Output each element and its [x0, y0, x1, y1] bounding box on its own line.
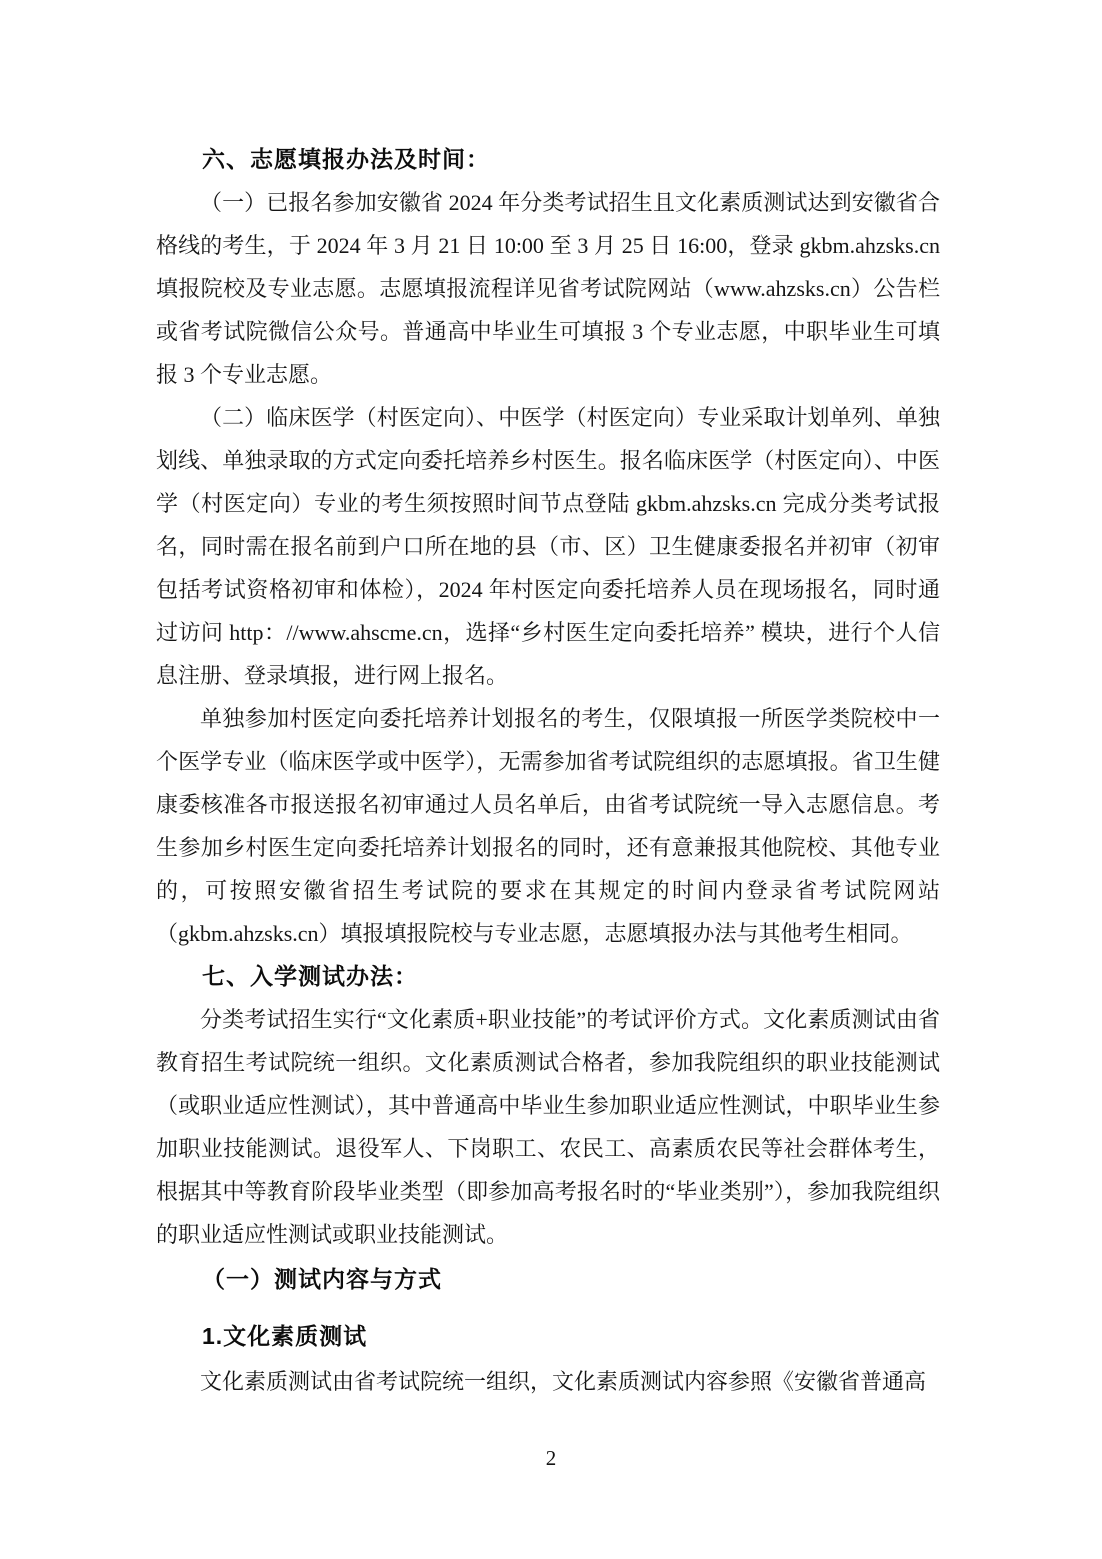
paragraph-7-overview: 分类考试招生实行“文化素质+职业技能”的考试评价方式。文化素质测试由省教育招生考…: [156, 998, 940, 1256]
page-number: 2: [546, 1446, 557, 1470]
heading-section-6-volunteer-application: 六、志愿填报办法及时间：: [156, 138, 940, 181]
subheading-cultural-quality-test: 1.文化素质测试: [156, 1315, 940, 1358]
paragraph-6-item-2-continued: 单独参加村医定向委托培养计划报名的考生，仅限填报一所医学类院校中一个医学专业（临…: [156, 697, 940, 955]
page-footer: 2: [0, 1446, 1102, 1471]
paragraph-6-item-2: （二）临床医学（村医定向）、中医学（村医定向）专业采取计划单列、单独划线、单独录…: [156, 396, 940, 697]
document-page: 六、志愿填报办法及时间： （一）已报名参加安徽省 2024 年分类考试招生且文化…: [0, 0, 1102, 1559]
paragraph-cultural-test-intro: 文化素质测试由省考试院统一组织，文化素质测试内容参照《安徽省普通高: [156, 1360, 940, 1403]
document-body: 六、志愿填报办法及时间： （一）已报名参加安徽省 2024 年分类考试招生且文化…: [156, 138, 940, 1403]
subheading-test-content-and-method: （一）测试内容与方式: [156, 1258, 940, 1301]
heading-section-7-entrance-test: 七、入学测试办法：: [156, 955, 940, 998]
paragraph-6-item-1: （一）已报名参加安徽省 2024 年分类考试招生且文化素质测试达到安徽省合格线的…: [156, 181, 940, 396]
